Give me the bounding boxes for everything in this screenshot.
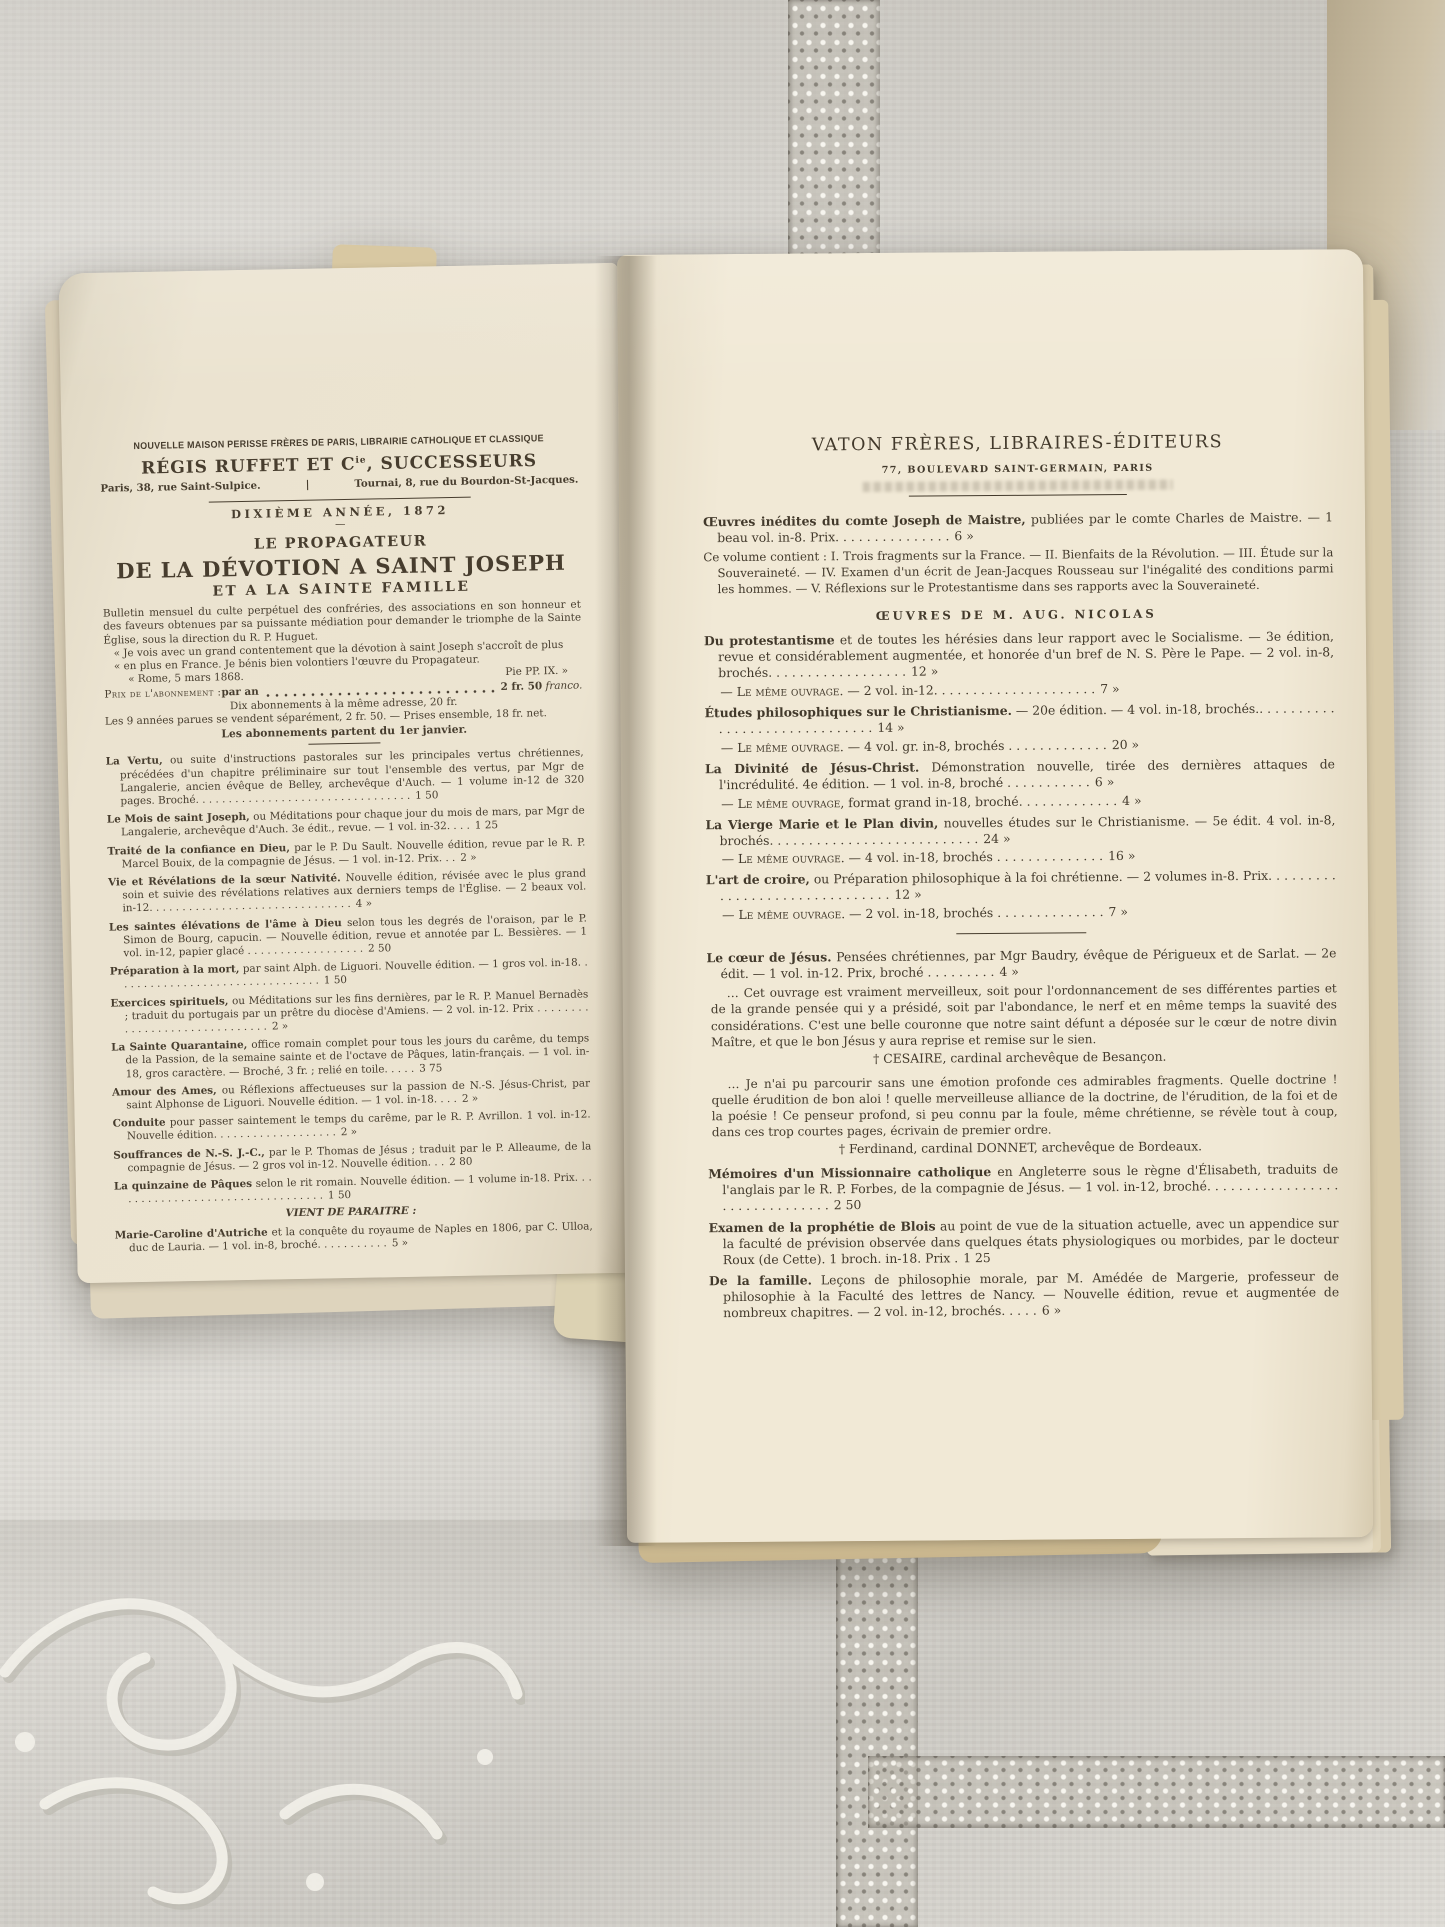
catalog-entry: Amour des Ames, ou Réflexions affectueus… bbox=[112, 1077, 590, 1113]
entry-title: Œuvres inédites du comte Joseph de Maist… bbox=[703, 512, 1026, 530]
catalog-entry: La Vertu, ou suite d'instructions pastor… bbox=[106, 747, 585, 809]
entry-price: 7 » bbox=[1103, 904, 1128, 919]
catalog-entry: — Le même ouvrage. — 4 vol. gr. in-8, br… bbox=[705, 735, 1335, 756]
entry-price bbox=[416, 1205, 421, 1217]
entry-price bbox=[1260, 578, 1265, 592]
entry-description: — 2 vol. in-18, brochés . . . . . . . . … bbox=[845, 904, 1103, 921]
entry-price: 16 » bbox=[1103, 848, 1135, 863]
entry-price bbox=[1157, 607, 1162, 621]
subscription-label: Prix de l'abonnement : bbox=[104, 687, 221, 702]
entry-description: VIENT DE PARAITRE : bbox=[286, 1205, 417, 1220]
entry-price: 4 » bbox=[994, 964, 1019, 979]
entry-price: 1 50 bbox=[323, 1189, 351, 1202]
catalog-entry: Vie et Révélations de la sœur Nativité. … bbox=[108, 867, 587, 916]
catalog-entry: Conduite pour passer saintement le temps… bbox=[113, 1109, 591, 1145]
catalog-entry: — Le même ouvrage. — 2 vol. in-12. . . .… bbox=[704, 679, 1334, 700]
left-page: NOUVELLE MAISON PERISSE FRÈRES DE PARIS,… bbox=[58, 263, 637, 1284]
entry-title: Du protestantisme bbox=[704, 632, 835, 648]
catalog-entry: Les saintes élévations de l'âme à Dieu s… bbox=[109, 912, 588, 961]
left-catalog-list: La Vertu, ou suite d'instructions pastor… bbox=[106, 747, 594, 1256]
entry-description: … Je n'ai pu parcourir sans une émotion … bbox=[712, 1072, 1338, 1139]
address-separator: | bbox=[306, 479, 310, 492]
catalog-entry: † CESAIRE, cardinal archevêque de Besanç… bbox=[707, 1047, 1337, 1068]
entry-title: Exercices spirituels, bbox=[110, 995, 228, 1009]
entry-price: 6 » bbox=[1037, 1303, 1062, 1318]
entry-title: Préparation à la mort, bbox=[110, 963, 240, 977]
entry-price bbox=[1052, 1123, 1057, 1137]
entry-title: — Le même ouvrage, bbox=[721, 795, 844, 811]
entry-price bbox=[1096, 1032, 1101, 1046]
entry-description: ou Préparation philosophique à la foi ch… bbox=[720, 868, 1336, 904]
right-page-text: VATON FRÈRES, LIBRAIRES-ÉDITEURS 77, BOU… bbox=[702, 431, 1339, 1324]
subscription-price: 2 fr. 50 bbox=[501, 681, 543, 695]
entry-description: † Ferdinand, cardinal DONNET, archevêque… bbox=[839, 1139, 1202, 1157]
catalog-entry: … Je n'ai pu parcourir sans une émotion … bbox=[707, 1071, 1337, 1140]
entry-title: — Le même ouvrage. bbox=[722, 850, 845, 866]
show-through-smudge bbox=[863, 480, 1173, 492]
address-paris: Paris, 38, rue Saint-Sulpice. bbox=[100, 479, 260, 495]
entry-title: De la famille. bbox=[709, 1272, 812, 1288]
subscription-price-note: franco. bbox=[545, 680, 582, 694]
entry-description: — 2 vol. in-12. . . . . . . . . . . . . … bbox=[843, 681, 1095, 698]
catalog-entry: Examen de la prophétie de Blois au point… bbox=[709, 1215, 1339, 1268]
entry-price: 4 » bbox=[1117, 792, 1142, 807]
entry-price: 4 » bbox=[351, 898, 373, 910]
entry-price: 5 » bbox=[387, 1237, 409, 1249]
entry-price bbox=[1166, 1048, 1171, 1063]
catalog-entry: Le Mois de saint Joseph, ou Méditations … bbox=[107, 805, 585, 841]
catalog-entry: De la famille. Leçons de philosophie mor… bbox=[709, 1268, 1339, 1321]
entry-price: 1 50 bbox=[319, 974, 347, 987]
catalog-entry: Marie-Caroline d'Autriche et la conquête… bbox=[115, 1220, 593, 1256]
entry-description: — 4 vol. gr. in-8, brochés . . . . . . .… bbox=[844, 737, 1107, 754]
catalog-entry: Études philosophiques sur le Christianis… bbox=[704, 700, 1334, 737]
divider-rule bbox=[209, 497, 471, 503]
address-tournai: Tournai, 8, rue du Bourdon-St-Jacques. bbox=[354, 473, 578, 491]
lace-band-top bbox=[788, 0, 880, 262]
entry-price: 14 » bbox=[872, 720, 904, 735]
entry-price: 2 80 bbox=[444, 1155, 472, 1168]
catalog-entry: La Sainte Quarantaine, office romain com… bbox=[111, 1033, 590, 1082]
catalog-entry: La quinzaine de Pâques selon le rit roma… bbox=[114, 1171, 592, 1207]
entry-description: pour passer saintement le temps du carêm… bbox=[127, 1109, 591, 1143]
entry-description: … Cet ouvrage est vraiment merveilleux, … bbox=[711, 982, 1337, 1049]
entry-title: Mémoires d'un Missionnaire catholique bbox=[708, 1164, 991, 1181]
lace-band-horizontal bbox=[868, 1756, 1445, 1828]
entry-description: ŒUVRES DE M. AUG. NICOLAS bbox=[876, 607, 1157, 623]
publisher-name: VATON FRÈRES, LIBRAIRES-ÉDITEURS bbox=[702, 431, 1332, 457]
entry-price: 2 50 bbox=[363, 942, 391, 955]
entry-price: 2 50 bbox=[829, 1198, 862, 1213]
catalog-entry: Œuvres inédites du comte Joseph de Maist… bbox=[703, 509, 1333, 546]
entry-price: 3 75 bbox=[414, 1062, 442, 1075]
catalog-entry: Souffrances de N.-S. J.-C., par le P. Th… bbox=[113, 1140, 591, 1176]
divider-rule bbox=[909, 494, 1127, 497]
entry-title: La quinzaine de Pâques bbox=[114, 1178, 252, 1193]
cloth-fold bbox=[0, 0, 1445, 240]
entry-title: L'art de croire, bbox=[706, 872, 810, 888]
catalog-entry: La Vierge Marie et le Plan divin, nouvel… bbox=[705, 812, 1335, 849]
catalog-entry: — Le même ouvrage. — 2 vol. in-18, broch… bbox=[706, 902, 1336, 923]
photo-scene: NOUVELLE MAISON PERISSE FRÈRES DE PARIS,… bbox=[0, 0, 1445, 1927]
publisher-address: 77, BOULEVARD SAINT-GERMAIN, PARIS bbox=[703, 459, 1333, 480]
entry-title: Amour des Ames, bbox=[112, 1084, 217, 1098]
entry-price: 1 50 bbox=[410, 789, 438, 802]
entry-title: — Le même ouvrage. bbox=[720, 683, 843, 699]
entry-price: 20 » bbox=[1107, 737, 1139, 752]
divider-rule bbox=[308, 743, 380, 745]
entry-description: format grand in-18, broché. . . . . . . … bbox=[844, 793, 1117, 810]
catalog-entry: L'art de croire, ou Préparation philosop… bbox=[706, 868, 1336, 905]
entry-price: 24 » bbox=[978, 831, 1010, 846]
right-catalog-list: Œuvres inédites du comte Joseph de Maist… bbox=[703, 509, 1339, 1321]
catalog-entry: † Ferdinand, cardinal DONNET, archevêque… bbox=[708, 1138, 1338, 1159]
entry-price: 6 » bbox=[1090, 774, 1115, 789]
entry-price: 1 25 bbox=[958, 1250, 991, 1265]
subscription-term: par an bbox=[221, 686, 259, 700]
entry-price: 7 » bbox=[1095, 681, 1120, 696]
embroidery-motif bbox=[0, 1552, 525, 1924]
entry-price: 2 » bbox=[457, 1093, 479, 1105]
entry-description: Ce volume contient : I. Trois fragments … bbox=[703, 545, 1333, 596]
lace-band-bottom bbox=[836, 1552, 918, 1927]
entry-title: Examen de la prophétie de Blois bbox=[709, 1218, 936, 1235]
entry-description: — 4 vol. in-18, brochés . . . . . . . . … bbox=[845, 848, 1103, 865]
catalog-entry: Du protestantisme et de toutes les hérés… bbox=[704, 628, 1334, 681]
entry-title: La Divinité de Jésus-Christ. bbox=[705, 759, 919, 776]
entry-price: 12 » bbox=[906, 664, 938, 679]
catalog-entry: Ce volume contient : I. Trois fragments … bbox=[703, 544, 1333, 597]
entry-description: ou suite d'instructions pastorales sur l… bbox=[120, 747, 584, 808]
entry-price: 2 » bbox=[455, 851, 477, 863]
entry-title: Le Mois de saint Joseph, bbox=[107, 811, 250, 826]
catalog-entry: Mémoires d'un Missionnaire catholique en… bbox=[708, 1162, 1338, 1215]
quote-place-date: « Rome, 5 mars 1868. bbox=[128, 671, 244, 686]
right-page: VATON FRÈRES, LIBRAIRES-ÉDITEURS 77, BOU… bbox=[617, 249, 1373, 1543]
entry-title: — Le même ouvrage. bbox=[722, 906, 845, 922]
entry-title: Études philosophiques sur le Christianis… bbox=[704, 703, 1011, 720]
entry-price bbox=[942, 935, 947, 950]
entry-title: La Vertu, bbox=[106, 755, 163, 768]
catalog-entry: Exercices spirituels, ou Méditations sur… bbox=[110, 988, 589, 1037]
entry-price: 2 » bbox=[267, 1020, 289, 1032]
catalog-entry: ŒUVRES DE M. AUG. NICOLAS bbox=[704, 604, 1334, 625]
entry-title: La Sainte Quarantaine, bbox=[111, 1039, 247, 1054]
entry-price: 6 » bbox=[949, 528, 974, 543]
quote-signature: Pie PP. IX. » bbox=[505, 665, 568, 679]
entry-description: † CESAIRE, cardinal archevêque de Besanç… bbox=[873, 1048, 1167, 1065]
catalog-entry: — Le même ouvrage, format grand in-18, b… bbox=[705, 791, 1335, 812]
entry-title: Le cœur de Jésus. bbox=[706, 949, 831, 965]
left-page-text: NOUVELLE MAISON PERISSE FRÈRES DE PARIS,… bbox=[100, 432, 594, 1259]
entry-title: Conduite bbox=[113, 1117, 166, 1130]
catalog-entry: — Le même ouvrage. — 4 vol. in-18, broch… bbox=[706, 847, 1336, 868]
catalog-entry: Traité de la confiance en Dieu, par le P… bbox=[107, 836, 585, 872]
entry-price: 1 25 bbox=[470, 819, 498, 832]
entry-title: La Vierge Marie et le Plan divin, bbox=[705, 815, 938, 832]
entry-price: 12 » bbox=[889, 887, 921, 902]
entry-price: 2 » bbox=[336, 1126, 358, 1138]
entry-description: Leçons de philosophie morale, par M. Amé… bbox=[723, 1268, 1339, 1320]
catalog-entry: Préparation à la mort, par saint Alph. d… bbox=[110, 957, 588, 993]
catalog-entry: Le cœur de Jésus. Pensées chrétiennes, p… bbox=[706, 945, 1336, 982]
entry-price bbox=[1202, 1139, 1207, 1154]
catalog-entry bbox=[956, 932, 1086, 934]
catalog-entry: … Cet ouvrage est vraiment merveilleux, … bbox=[707, 981, 1337, 1050]
catalog-entry: La Divinité de Jésus-Christ. Démonstrati… bbox=[705, 756, 1335, 793]
open-book: NOUVELLE MAISON PERISSE FRÈRES DE PARIS,… bbox=[50, 230, 1395, 1565]
entry-title: — Le même ouvrage. bbox=[721, 739, 844, 755]
